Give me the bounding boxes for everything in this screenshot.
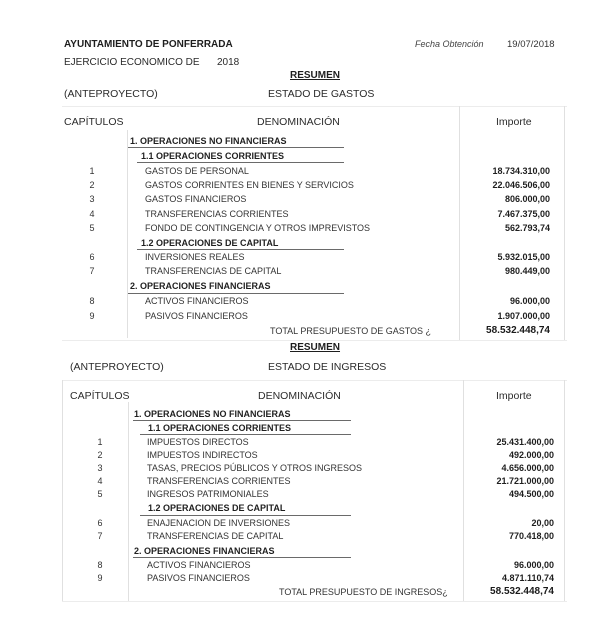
chapter-amount: 980.449,00 <box>440 266 550 276</box>
column-header-capitulos: CAPÍTULOS <box>64 116 124 128</box>
chapter-name: GASTOS DE PERSONAL <box>145 166 249 176</box>
chapter-number: 3 <box>84 194 100 204</box>
column-header-capitulos: CAPÍTULOS <box>70 390 130 402</box>
chapter-amount: 4.871.110,74 <box>444 573 554 583</box>
chapter-number: 5 <box>84 223 100 233</box>
column-header-importe: Importe <box>496 116 532 128</box>
chapter-amount: 20,00 <box>444 518 554 528</box>
chapter-number: 4 <box>84 209 100 219</box>
section-operaciones-de-capital: 1.2 OPERACIONES DE CAPITAL <box>141 238 278 248</box>
chapter-amount: 22.046.506,00 <box>440 180 550 190</box>
chapter-amount: 562.793,74 <box>440 223 550 233</box>
chapter-name: GASTOS FINANCIEROS <box>145 194 246 204</box>
chapter-name: IMPUESTOS DIRECTOS <box>147 437 249 447</box>
section-operaciones-no-financieras: 1. OPERACIONES NO FINANCIERAS <box>134 409 291 419</box>
chapter-number: 2 <box>92 450 108 460</box>
chapter-name: PASIVOS FINANCIEROS <box>145 311 248 321</box>
chapter-amount: 1.907.000,00 <box>440 311 550 321</box>
section-operaciones-financieras: 2. OPERACIONES FINANCIERAS <box>134 546 275 556</box>
chapter-name: IMPUESTOS INDIRECTOS <box>147 450 258 460</box>
chapter-name: FONDO DE CONTINGENCIA Y OTROS IMPREVISTO… <box>145 223 370 233</box>
chapter-name: PASIVOS FINANCIEROS <box>147 573 250 583</box>
chapter-name: ACTIVOS FINANCIEROS <box>145 296 249 306</box>
column-header-importe: Importe <box>496 390 532 402</box>
gastos-total-amount: 58.532.448,74 <box>440 325 550 336</box>
column-header-denominacion: DENOMINACIÓN <box>257 116 340 128</box>
gastos-resumen-heading: RESUMEN <box>290 70 340 81</box>
chapter-name: TASAS, PRECIOS PÚBLICOS Y OTROS INGRESOS <box>147 463 362 473</box>
ingresos-status: (ANTEPROYECTO) <box>70 361 164 373</box>
chapter-amount: 492.000,00 <box>444 450 554 460</box>
chapter-amount: 21.721.000,00 <box>444 476 554 486</box>
chapter-name: INVERSIONES REALES <box>145 252 245 262</box>
chapter-name: ENAJENACION DE INVERSIONES <box>147 518 290 528</box>
chapter-amount: 25.431.400,00 <box>444 437 554 447</box>
gastos-title: ESTADO DE GASTOS <box>268 88 374 100</box>
organization-name: AYUNTAMIENTO DE PONFERRADA <box>64 39 233 50</box>
fecha-obtencion-label: Fecha Obtención <box>415 39 484 49</box>
chapter-name: TRANSFERENCIAS DE CAPITAL <box>147 531 283 541</box>
chapter-amount: 96.000,00 <box>440 296 550 306</box>
ingresos-resumen-heading: RESUMEN <box>290 342 340 353</box>
ingresos-total-amount: 58.532.448,74 <box>444 586 554 597</box>
chapter-amount: 5.932.015,00 <box>440 252 550 262</box>
ejercicio-year: 2018 <box>217 57 239 68</box>
ejercicio-label: EJERCICIO ECONOMICO DE <box>64 57 200 68</box>
chapter-number: 8 <box>92 560 108 570</box>
chapter-number: 3 <box>92 463 108 473</box>
chapter-name: INGRESOS PATRIMONIALES <box>147 489 269 499</box>
section-operaciones-no-financieras: 1. OPERACIONES NO FINANCIERAS <box>130 136 287 146</box>
ingresos-total-label: TOTAL PRESUPUESTO DE INGRESOS¿ <box>279 587 448 597</box>
section-operaciones-financieras: 2. OPERACIONES FINANCIERAS <box>130 281 271 291</box>
section-operaciones-corrientes: 1.1 OPERACIONES CORRIENTES <box>148 423 291 433</box>
chapter-amount: 7.467.375,00 <box>440 209 550 219</box>
chapter-amount: 806.000,00 <box>440 194 550 204</box>
chapter-number: 7 <box>84 266 100 276</box>
chapter-amount: 494.500,00 <box>444 489 554 499</box>
chapter-number: 1 <box>92 437 108 447</box>
chapter-number: 4 <box>92 476 108 486</box>
gastos-status: (ANTEPROYECTO) <box>64 88 158 100</box>
chapter-amount: 96.000,00 <box>444 560 554 570</box>
chapter-amount: 770.418,00 <box>444 531 554 541</box>
fecha-obtencion-value: 19/07/2018 <box>507 39 555 50</box>
chapter-name: ACTIVOS FINANCIEROS <box>147 560 251 570</box>
chapter-number: 7 <box>92 531 108 541</box>
chapter-amount: 4.656.000,00 <box>444 463 554 473</box>
chapter-number: 6 <box>84 252 100 262</box>
chapter-name: TRANSFERENCIAS CORRIENTES <box>145 209 289 219</box>
chapter-number: 6 <box>92 518 108 528</box>
section-operaciones-corrientes: 1.1 OPERACIONES CORRIENTES <box>141 151 284 161</box>
chapter-number: 9 <box>92 573 108 583</box>
section-operaciones-de-capital: 1.2 OPERACIONES DE CAPITAL <box>148 503 285 513</box>
chapter-number: 9 <box>84 311 100 321</box>
chapter-name: TRANSFERENCIAS DE CAPITAL <box>145 266 281 276</box>
column-header-denominacion: DENOMINACIÓN <box>258 390 341 402</box>
gastos-total-label: TOTAL PRESUPUESTO DE GASTOS ¿ <box>270 326 431 336</box>
ingresos-title: ESTADO DE INGRESOS <box>268 361 386 373</box>
chapter-number: 2 <box>84 180 100 190</box>
chapter-name: GASTOS CORRIENTES EN BIENES Y SERVICIOS <box>145 180 354 190</box>
chapter-amount: 18.734.310,00 <box>440 166 550 176</box>
chapter-name: TRANSFERENCIAS CORRIENTES <box>147 476 291 486</box>
chapter-number: 8 <box>84 296 100 306</box>
chapter-number: 5 <box>92 489 108 499</box>
chapter-number: 1 <box>84 166 100 176</box>
